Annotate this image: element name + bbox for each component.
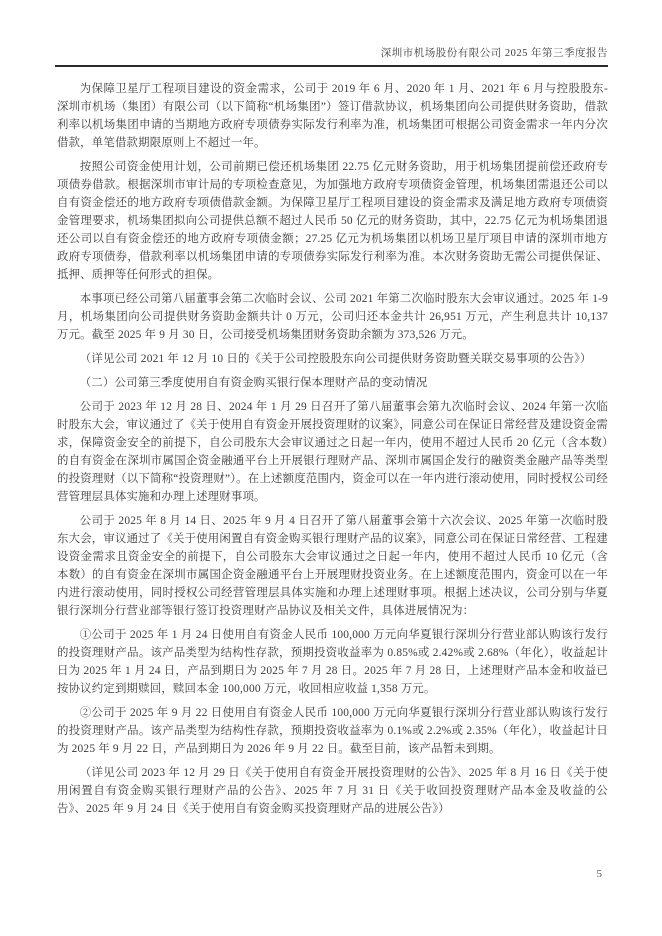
page-header: 深圳市机场股份有限公司 2025 年第三季度报告 [55, 45, 608, 67]
document-body: 为保障卫星厅工程项目建设的资金需求，公司于 2019 年 6 月、2020 年 … [57, 80, 608, 824]
para-product-2-details: ②公司于 2025 年 9 月 22 日使用自有资金人民币 100,000 万元… [57, 704, 608, 758]
page-number: 5 [597, 868, 603, 880]
report-title: 深圳市机场股份有限公司 2025 年第三季度报告 [381, 48, 608, 59]
document-page: 深圳市机场股份有限公司 2025 年第三季度报告 为保障卫星厅工程项目建设的资金… [0, 0, 662, 936]
para-announcement-refs-list: （详见公司 2023 年 12 月 29 日《关于使用自有资金开展投资理财的公告… [57, 764, 608, 818]
para-repayment-plan-and-aid-limit: 按照公司资金使用计划，公司前期已偿还机场集团 22.75 亿元财务资助，用于机场… [57, 158, 608, 284]
para-satellite-hall-loan-agreement: 为保障卫星厅工程项目建设的资金需求，公司于 2019 年 6 月、2020 年 … [57, 80, 608, 152]
para-product-1-details: ①公司于 2025 年 1 月 24 日使用自有资金人民币 100,000 万元… [57, 626, 608, 698]
para-approval-and-balance: 本事项已经公司第八届董事会第二次临时会议、公司 2021 年第二次临时股东大会审… [57, 290, 608, 344]
para-announcement-ref-2021: （详见公司 2021 年 12 月 10 日的《关于公司控股股东向公司提供财务资… [57, 350, 608, 368]
section-heading-wealth-products: （二）公司第三季度使用自有资金购买银行保本理财产品的变动情况 [57, 374, 608, 392]
para-2025-investment-resolution: 公司于 2025 年 8 月 14 日、2025 年 9 月 4 日召开了第八届… [57, 512, 608, 620]
para-2023-investment-resolution: 公司于 2023 年 12 月 28 日、2024 年 1 月 29 日召开了第… [57, 398, 608, 506]
